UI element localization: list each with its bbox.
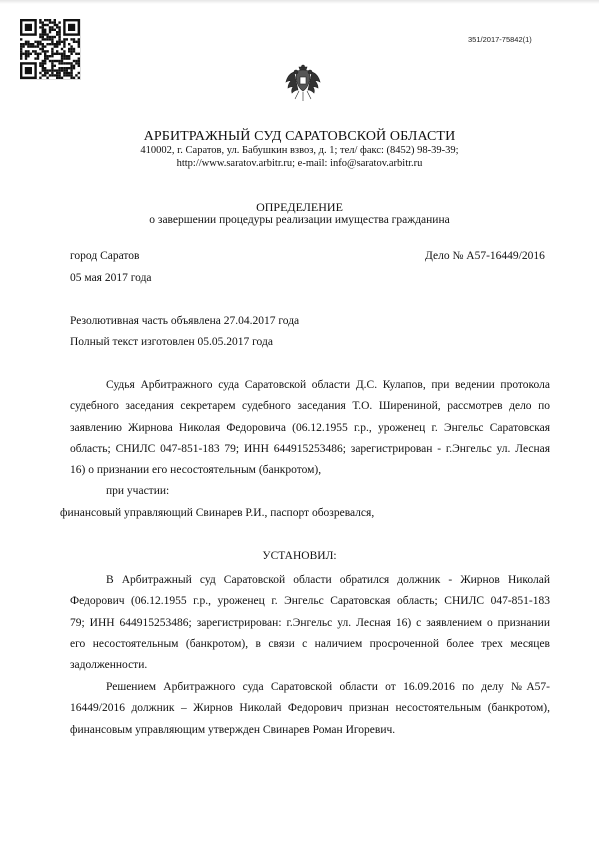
resolution-announced: Резолютивная часть объявлена 27.04.2017 … <box>70 315 299 327</box>
text-line: область; СНИЛС 047-851-183 79; ИНН 64491… <box>70 439 550 460</box>
case-number: Дело № А57-16449/2016 <box>425 250 545 262</box>
established-paragraph-1: В Арбитражный суд Саратовской области об… <box>70 570 550 676</box>
court-address: 410002, г. Саратов, ул. Бабушкин взвоз, … <box>0 145 599 156</box>
text-line: Федорович (06.12.1955 г.р., уроженец г. … <box>70 591 550 612</box>
text-line: 16) о признании его несостоятельным (бан… <box>70 460 550 481</box>
full-text-made: Полный текст изготовлен 05.05.2017 года <box>70 336 273 348</box>
text-line: задолженности. <box>70 655 550 676</box>
city: город Саратов <box>70 250 139 262</box>
qr-code-icon <box>20 19 81 80</box>
text-line: финансовым управляющим утвержден Свинаре… <box>70 720 550 741</box>
established-heading: УСТАНОВИЛ: <box>0 550 599 562</box>
court-name: АРБИТРАЖНЫЙ СУД САРАТОВСКОЙ ОБЛАСТИ <box>0 129 599 145</box>
court-website-and-email[interactable]: http://www.saratov.arbitr.ru; e-mail: in… <box>177 158 423 169</box>
document-title: ОПРЕДЕЛЕНИЕ <box>0 200 599 215</box>
page-top-shadow <box>0 0 599 4</box>
participation-label: при участии: <box>70 481 550 502</box>
text-line: заявлению Жирнова Николая Федоровича (06… <box>70 418 550 439</box>
text-line: 79; ИНН 644915253486; зарегистрирован: г… <box>70 613 550 634</box>
intro-paragraph: Судья Арбитражного суда Саратовской обла… <box>70 375 550 524</box>
text-line: Решением Арбитражного суда Саратовской о… <box>70 677 550 698</box>
established-paragraph-2: Решением Арбитражного суда Саратовской о… <box>70 677 550 741</box>
document-id: 351/2017-75842(1) <box>468 35 532 44</box>
document-subtitle: о завершении процедуры реализации имущес… <box>0 214 599 226</box>
document-date: 05 мая 2017 года <box>70 272 152 284</box>
text-line: его несостоятельным (банкротом), в связи… <box>70 634 550 655</box>
text-line: Судья Арбитражного суда Саратовской обла… <box>70 375 550 396</box>
coat-of-arms-icon <box>285 64 321 104</box>
court-contacts: http://www.saratov.arbitr.ru; e-mail: in… <box>0 158 599 169</box>
text-line: В Арбитражный суд Саратовской области об… <box>70 570 550 591</box>
text-line: судебного заседания секретарем судебного… <box>70 396 550 417</box>
participant: финансовый управляющий Свинарев Р.И., па… <box>60 503 550 524</box>
text-line: 16449/2016 должник – Жирнов Николай Федо… <box>70 698 550 719</box>
